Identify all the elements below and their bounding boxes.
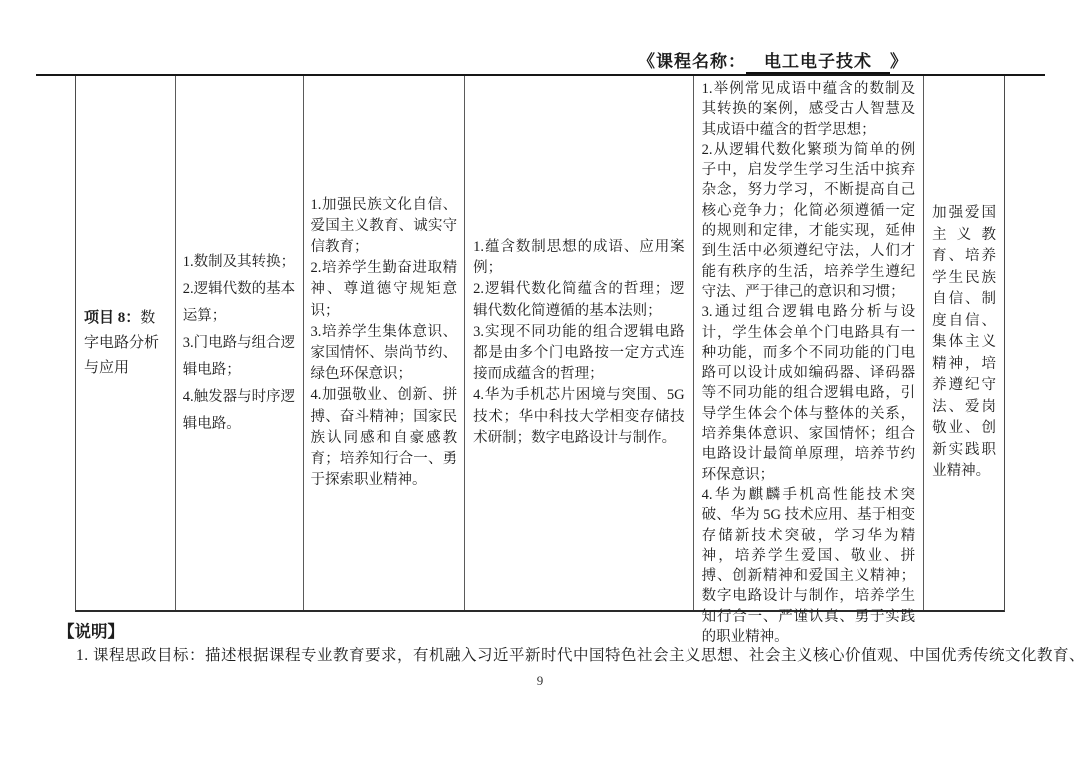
cell-project-title: 项目 8：数字电路分析与应用: [76, 76, 176, 610]
ideology-case-item: 4.华为手机芯片困境与突围、5G 技术；华中科技大学相变存储技术研制；数字电路设…: [473, 385, 684, 449]
implementation-item: 4.华为麒麟手机高性能技术突破、华为 5G 技术应用、基于相变存储新技术突破，学…: [702, 485, 915, 647]
ideology-case-item: 2.逻辑代数化简蕴含的哲理；逻辑代数化简遵循的基本法则；: [473, 279, 684, 321]
ideology-goal-item: 3.培养学生集体意识、家国情怀、崇尚节约、绿色环保意识；: [311, 322, 458, 386]
page-header: 《课程名称：电工电子技术》: [638, 47, 908, 74]
course-ideology-table: 项目 8：数字电路分析与应用 1.数制及其转换； 2.逻辑代数的基本运算； 3.…: [75, 76, 1005, 612]
project-label: 项目 8：: [84, 310, 140, 326]
expected-outcome-text: 加强爱国主义教育、培养学生民族自信、制度自信、集体主义精神，培养遵纪守法、爱岗敬…: [932, 203, 996, 483]
page-number: 9: [0, 673, 1080, 689]
ideology-goal-item: 4.加强敬业、创新、拼搏、奋斗精神；国家民族认同感和自豪感教育；培养知行合一、勇…: [311, 385, 458, 491]
cell-teaching-contents: 1.数制及其转换； 2.逻辑代数的基本运算； 3.门电路与组合逻辑电路； 4.触…: [176, 76, 304, 610]
teaching-content-item: 3.门电路与组合逻辑电路；: [183, 330, 296, 384]
teaching-content-item: 1.数制及其转换；: [183, 249, 296, 276]
ideology-case-item: 1.蕴含数制思想的成语、应用案例；: [473, 237, 684, 279]
cell-implementation: 1.举例常见成语中蕴含的数制及其转换的案例，感受古人智慧及其成语中蕴含的哲学思想…: [694, 76, 924, 610]
ideology-goal-item: 1.加强民族文化自信、爱国主义教育、诚实守信教育；: [311, 195, 458, 259]
course-name-suffix: 》: [890, 52, 908, 71]
course-name-prefix: 《课程名称：: [638, 52, 746, 71]
ideology-goal-item: 2.培养学生勤奋进取精神、尊道德守规矩意识；: [311, 258, 458, 322]
teaching-content-item: 2.逻辑代数的基本运算；: [183, 276, 296, 330]
note-line: 1. 课程思政目标：描述根据课程专业教育要求，有机融入习近平新时代中国特色社会主…: [76, 643, 1051, 665]
project-title: 项目 8：数字电路分析与应用: [84, 306, 167, 381]
implementation-item: 3.通过组合逻辑电路分析与设计，学生体会单个门电路具有一种功能，而多个不同功能的…: [702, 302, 915, 485]
cell-expected-outcome: 加强爱国主义教育、培养学生民族自信、制度自信、集体主义精神，培养遵纪守法、爱岗敬…: [924, 76, 1004, 610]
course-name: 电工电子技术: [746, 47, 890, 74]
implementation-item: 2.从逻辑代数化繁琐为简单的例子中，启发学生学习生活中摈弃杂念，努力学习，不断提…: [702, 140, 915, 302]
ideology-case-item: 3.实现不同功能的组合逻辑电路都是由多个门电路按一定方式连接而成蕴含的哲理；: [473, 322, 684, 386]
cell-ideology-cases: 1.蕴含数制思想的成语、应用案例； 2.逻辑代数化简蕴含的哲理；逻辑代数化简遵循…: [465, 76, 693, 610]
teaching-content-item: 4.触发器与时序逻辑电路。: [183, 384, 296, 438]
cell-ideology-goals: 1.加强民族文化自信、爱国主义教育、诚实守信教育； 2.培养学生勤奋进取精神、尊…: [304, 76, 466, 610]
notes-title: 【说明】: [58, 618, 124, 642]
implementation-item: 1.举例常见成语中蕴含的数制及其转换的案例，感受古人智慧及其成语中蕴含的哲学思想…: [702, 79, 915, 140]
